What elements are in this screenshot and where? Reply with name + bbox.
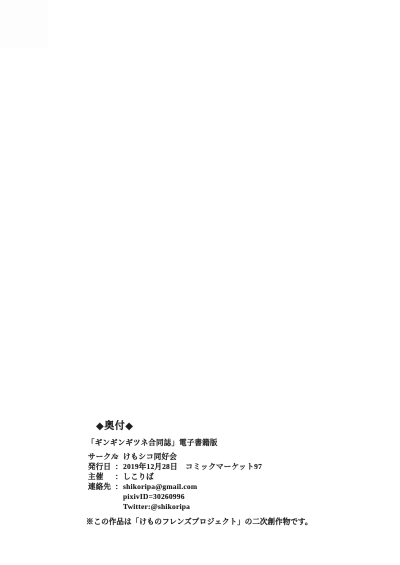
colophon-row-colon (115, 492, 123, 502)
colophon-row-colon: ： (115, 482, 123, 492)
colophon-row-label (88, 502, 115, 512)
colophon-row: サークル：けもシコ同好会 (88, 452, 262, 462)
colophon-row-colon: ： (115, 472, 123, 482)
colophon-row-label: 発行日 (88, 462, 115, 472)
colophon-info: サークル：けもシコ同好会発行日：2019年12月28日 コミックマーケット97主… (88, 452, 262, 512)
colophon-row-value: けもシコ同好会 (123, 452, 177, 462)
colophon-row-label: 連絡先 (88, 482, 115, 492)
colophon-row-colon: ： (115, 452, 123, 462)
derivative-work-note: ※この作品は「けものフレンズプロジェクト」の二次創作物です。 (86, 516, 313, 527)
colophon-row-value: Twitter:@shikoripa (123, 502, 190, 512)
colophon-row: 連絡先：shikoripa@gmail.com (88, 482, 262, 492)
colophon-page: ◆奥付◆ 「ギンギンギツネ合同誌」電子書籍版 サークル：けもシコ同好会発行日：2… (0, 0, 400, 565)
colophon-row-label: 主催 (88, 472, 115, 482)
colophon-row-colon (115, 502, 123, 512)
colophon-row: 主催：しこりば (88, 472, 262, 482)
colophon-row-label: サークル (88, 452, 115, 462)
colophon-row-value: 2019年12月28日 コミックマーケット97 (123, 462, 262, 472)
book-title: 「ギンギンギツネ合同誌」電子書籍版 (87, 437, 218, 448)
colophon-row-value: shikoripa@gmail.com (123, 482, 197, 492)
colophon-row-colon: ： (115, 462, 123, 472)
colophon-row: pixivID=30260996 (88, 492, 262, 502)
colophon-row: 発行日：2019年12月28日 コミックマーケット97 (88, 462, 262, 472)
colophon-row-label (88, 492, 115, 502)
colophon-row-value: pixivID=30260996 (123, 492, 185, 502)
colophon-heading: ◆奥付◆ (96, 417, 133, 432)
colophon-row-value: しこりば (123, 472, 154, 482)
scan-artifact (0, 0, 48, 48)
colophon-row: Twitter:@shikoripa (88, 502, 262, 512)
